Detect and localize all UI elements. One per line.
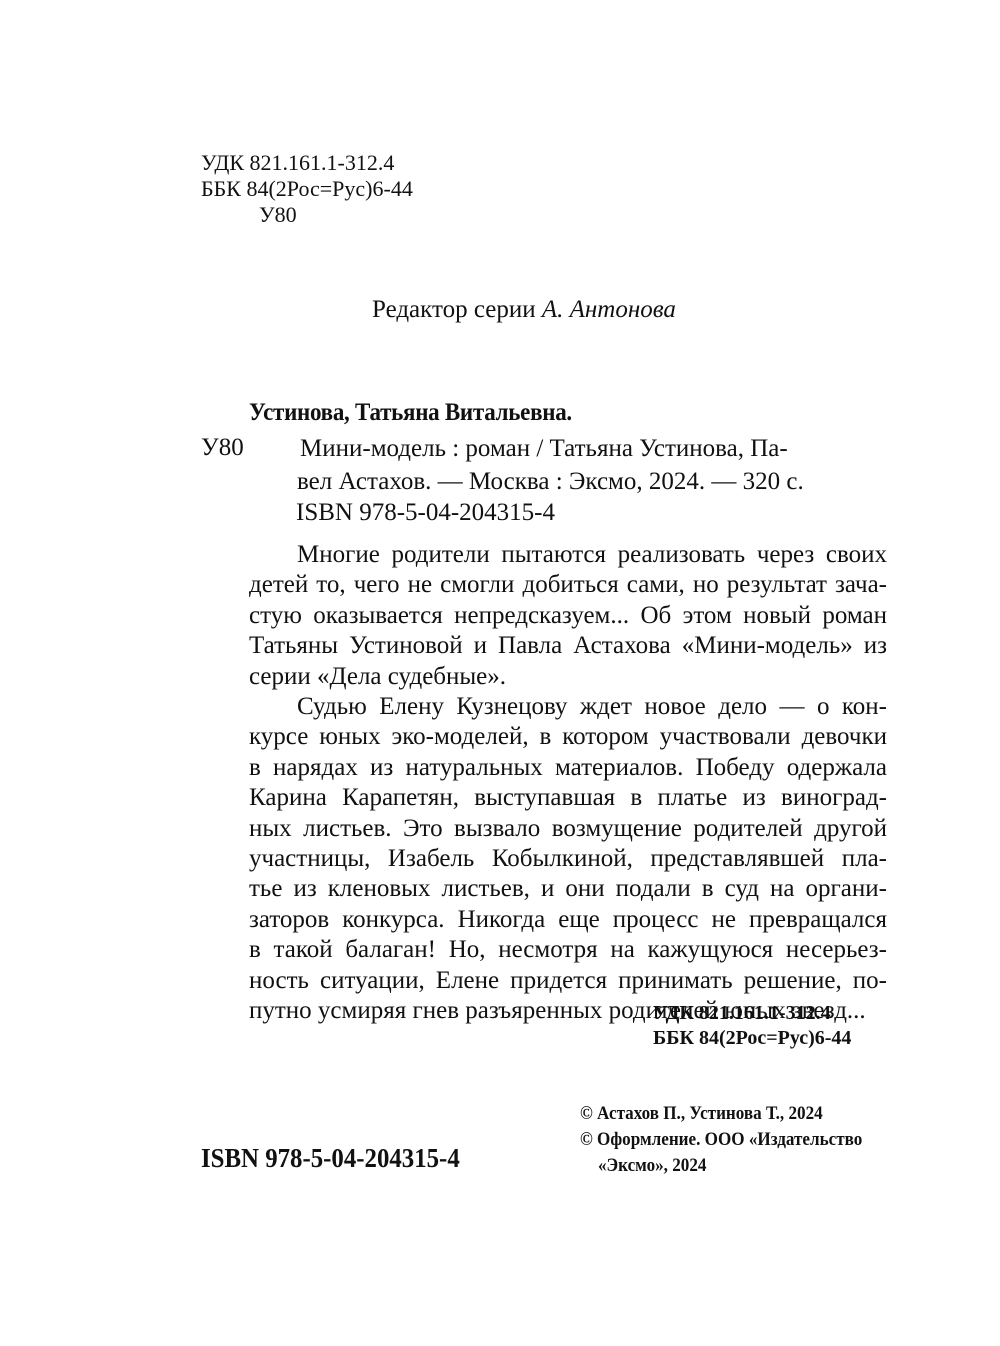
annotation-line: в нарядах из натуральных материалов. Поб… — [249, 753, 887, 783]
annotation-line: тье из кленовых листьев, и они подали в … — [249, 874, 887, 904]
annotation-paragraph: Многие родители пытаются реализовать чер… — [249, 540, 887, 692]
footer-isbn: ISBN 978-5-04-204315-4 — [201, 1143, 460, 1174]
classification-codes-bottom: УДК 821.161.1-312.4 ББК 84(2Рос=Рус)6-44 — [653, 1001, 851, 1051]
record-isbn: ISBN 978-5-04-204315-4 — [296, 499, 555, 527]
annotation: Многие родители пытаются реализовать чер… — [249, 540, 887, 1027]
bbk-code: ББК 84(2Рос=Рус)6-44 — [201, 176, 413, 202]
record-author-mark: У80 — [201, 434, 244, 462]
annotation-line: детей то, чего не смогли добиться сами, … — [249, 570, 887, 600]
author-mark: У80 — [201, 202, 413, 228]
annotation-line: ность ситуации, Елене придется принимать… — [249, 966, 887, 996]
imprint-page: УДК 821.161.1-312.4 ББК 84(2Рос=Рус)6-44… — [0, 0, 1000, 1346]
annotation-line: Карина Карапетян, выступавшая в платье и… — [249, 783, 887, 813]
annotation-line: серии «Дела судебные». — [249, 662, 887, 692]
annotation-line: Многие родители пытаются реализовать чер… — [249, 540, 887, 570]
annotation-line: курсе юных эко-моделей, в котором участв… — [249, 722, 887, 752]
copyright-notice: © Астахов П., Устинова Т., 2024 © Оформл… — [580, 1101, 862, 1179]
annotation-line: заторов конкурса. Никогда еще процесс не… — [249, 905, 887, 935]
annotation-line: ных листьев. Это вызвало возмущение роди… — [249, 814, 887, 844]
udk-code: УДК 821.161.1-312.4 — [201, 150, 413, 176]
annotation-paragraph: Судью Елену Кузнецову ждет новое дело — … — [249, 692, 887, 1026]
annotation-line: стую оказывается непредсказуем... Об это… — [249, 601, 887, 631]
bbk-code-bottom: ББК 84(2Рос=Рус)6-44 — [653, 1026, 851, 1051]
copyright-line: © Оформление. ООО «Издательство — [580, 1127, 862, 1153]
copyright-line: © Астахов П., Устинова Т., 2024 — [580, 1101, 862, 1127]
copyright-line: «Эксмо», 2024 — [580, 1153, 862, 1179]
annotation-line: в такой балаган! Но, несмотря на кажущую… — [249, 935, 887, 965]
bibliographic-description: Мини-модель : роман / Татьяна Устинова, … — [297, 432, 887, 498]
series-editor-label: Редактор серии — [372, 296, 542, 323]
author-heading: Устинова, Татьяна Витальевна. — [249, 399, 572, 427]
classification-codes-top: УДК 821.161.1-312.4 ББК 84(2Рос=Рус)6-44… — [201, 150, 413, 228]
udk-code-bottom: УДК 821.161.1-312.4 — [653, 1001, 851, 1026]
bib-line: вел Астахов. — Москва : Эксмо, 2024. — 3… — [297, 465, 887, 498]
series-editor: Редактор серии А. Антонова — [372, 296, 676, 324]
bib-line: Мини-модель : роман / Татьяна Устинова, … — [297, 432, 887, 465]
annotation-line: Татьяны Устиновой и Павла Астахова «Мини… — [249, 631, 887, 661]
series-editor-name: А. Антонова — [542, 296, 676, 323]
annotation-line: Судью Елену Кузнецову ждет новое дело — … — [249, 692, 887, 722]
annotation-line: участницы, Изабель Кобылкиной, представл… — [249, 844, 887, 874]
